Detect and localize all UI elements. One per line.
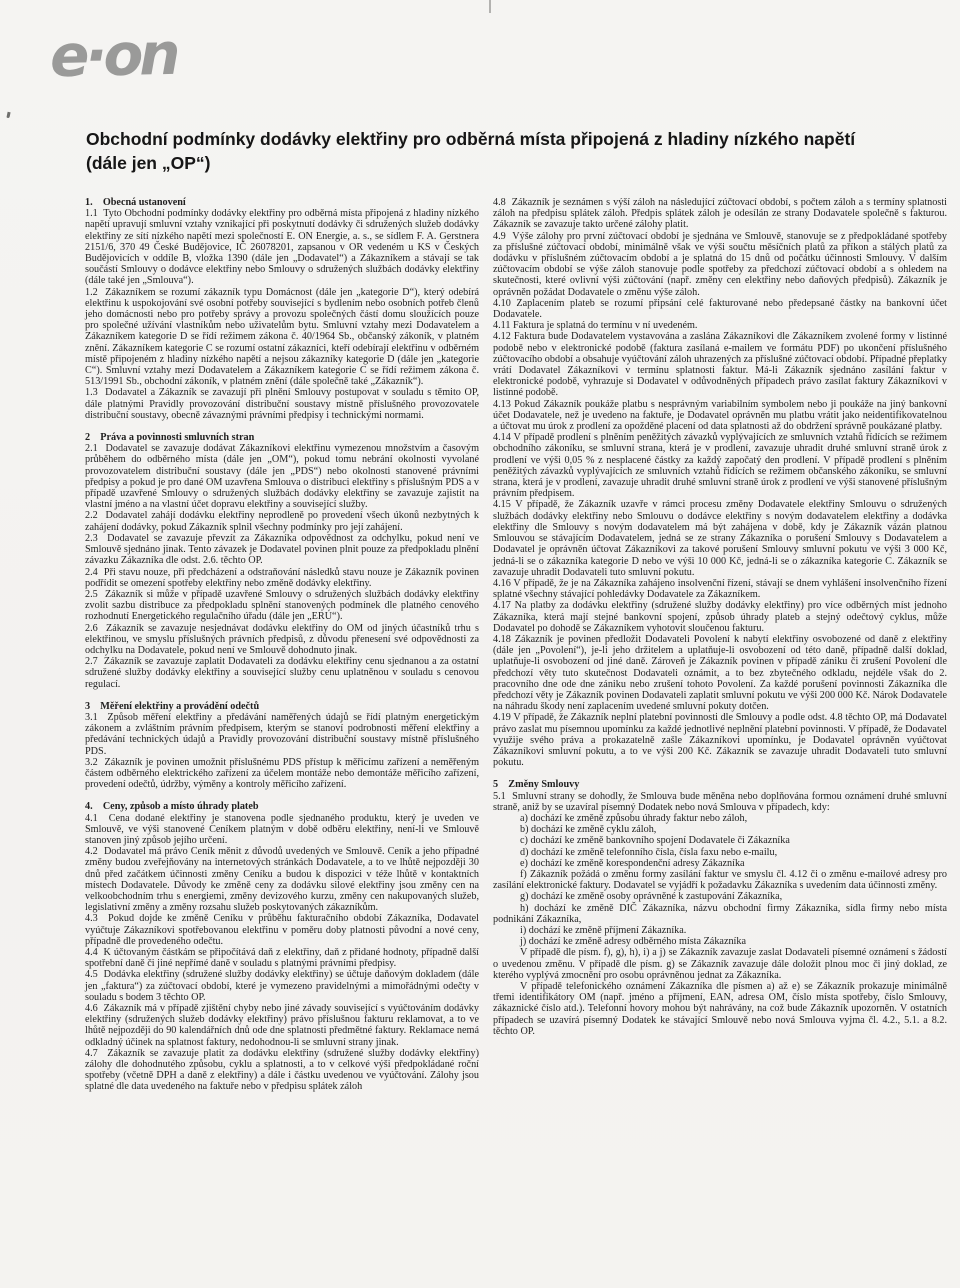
paragraph: 2.2 Dodavatel zahájí dodávku elektřiny n…: [85, 510, 479, 532]
left-column: 1. Obecná ustanovení1.1 Tyto Obchodní po…: [85, 197, 479, 1093]
paragraph: 4.14 V případě prodlení s plněním peněži…: [493, 432, 947, 499]
paragraph: e) dochází ke změně korespondenční adres…: [493, 858, 947, 869]
paragraph: 4.16 V případě, že je na Zákazníka zaháj…: [493, 578, 947, 600]
paragraph: 4.19 V případě, že Zákazník neplní plate…: [493, 712, 947, 768]
paragraph: 4.3 Pokud dojde ke změně Ceníku v průběh…: [85, 913, 479, 947]
paragraph: g) dochází ke změně osoby oprávněné k za…: [493, 891, 947, 902]
section-heading: 5 Změny Smlouvy: [493, 779, 947, 790]
paragraph: 1.3 Dodavatel a Zákazník se zavazují při…: [85, 387, 479, 421]
paragraph: a) dochází ke změně způsobu úhrady faktu…: [493, 813, 947, 824]
paragraph: 4.6 Zákazník má v případě zjištění chyby…: [85, 1003, 479, 1048]
paragraph: 2.4 Při stavu nouze, při předcházení a o…: [85, 567, 479, 589]
paragraph: c) dochází ke změně bankovního spojení D…: [493, 835, 947, 846]
paragraph: 4.9 Výše zálohy pro první zúčtovací obdo…: [493, 231, 947, 298]
paragraph: 3.2 Zákazník je povinen umožnit příslušn…: [85, 757, 479, 791]
paragraph: 4.7 Zákazník se zavazuje platit za dodáv…: [85, 1048, 479, 1093]
paragraph: 2.1 Dodavatel se zavazuje dodávat Zákazn…: [85, 443, 479, 510]
paragraph: 2.3 Dodavatel se zavazuje převzít za Zák…: [85, 533, 479, 567]
paragraph: 2.7 Zákazník se zavazuje zaplatit Dodava…: [85, 656, 479, 690]
paragraph: i) dochází ke změně příjmení Zákazníka.: [493, 925, 947, 936]
scan-artifact-left-mark: [6, 112, 10, 118]
eon-logo: e·on: [50, 25, 178, 85]
paragraph: 4.13 Pokud Zákazník poukáže platbu s nes…: [493, 399, 947, 433]
paragraph: b) dochází ke změně cyklu záloh,: [493, 824, 947, 835]
right-column: 4.8 Zákazník je seznámen s výší záloh na…: [493, 197, 947, 1093]
paragraph: h) dochází ke změně DIČ Zákazníka, názvu…: [493, 903, 947, 925]
paragraph: 4.2 Dodavatel má právo Ceník měnit z dův…: [85, 846, 479, 913]
page-title: Obchodní podmínky dodávky elektřiny pro …: [86, 128, 856, 175]
paragraph: V případě dle písm. f), g), h), i) a j) …: [493, 947, 947, 981]
document-page: e·on Obchodní podmínky dodávky elektřiny…: [0, 0, 960, 1288]
section-heading: 2 Práva a povinnosti smluvních stran: [85, 432, 479, 443]
paragraph: 3.1 Způsob měření elektřiny a předávání …: [85, 712, 479, 757]
paragraph: 2.5 Zákazník si může v případě uzavřené …: [85, 589, 479, 623]
paragraph: 4.8 Zákazník je seznámen s výší záloh na…: [493, 197, 947, 231]
paragraph: 1.1 Tyto Obchodní podmínky dodávky elekt…: [85, 208, 479, 286]
paragraph: 4.4 K účtovaným částkám se připočítává d…: [85, 947, 479, 969]
paragraph: f) Zákazník požádá o změnu formy zasílán…: [493, 869, 947, 891]
paragraph: d) dochází ke změně telefonního čísla, č…: [493, 847, 947, 858]
paragraph: 5.1 Smluvní strany se dohodly, že Smlouv…: [493, 791, 947, 813]
paragraph: 4.18 Zákazník je povinen předložit Dodav…: [493, 634, 947, 712]
paragraph: 4.12 Faktura bude Dodavatelem vystavován…: [493, 331, 947, 398]
paragraph: 2.6 Zákazník se zavazuje nesjednávat dod…: [85, 623, 479, 657]
paragraph: 1.2 Zákazníkem se rozumí zákazník typu D…: [85, 287, 479, 388]
paragraph: 4.11 Faktura je splatná do termínu v ní …: [493, 320, 947, 331]
section-heading: 3 Měření elektřiny a provádění odečtů: [85, 701, 479, 712]
paragraph: V případě telefonického oznámení Zákazní…: [493, 981, 947, 1037]
scan-artifact-top-tick: [489, 0, 491, 13]
paragraph: j) dochází ke změně adresy odběrného mís…: [493, 936, 947, 947]
paragraph: 4.15 V případě, že Zákazník uzavře v rám…: [493, 499, 947, 577]
paragraph: 4.10 Zaplacením plateb se rozumí připsán…: [493, 298, 947, 320]
section-heading: 4. Ceny, způsob a místo úhrady plateb: [85, 801, 479, 812]
section-heading: 1. Obecná ustanovení: [85, 197, 479, 208]
text-columns: 1. Obecná ustanovení1.1 Tyto Obchodní po…: [85, 197, 947, 1093]
paragraph: 4.1 Cena dodané elektřiny je stanovena p…: [85, 813, 479, 847]
paragraph: 4.5 Dodávka elektřiny (sdružené služby d…: [85, 969, 479, 1003]
paragraph: 4.17 Na platby za dodávku elektřiny (sdr…: [493, 600, 947, 634]
